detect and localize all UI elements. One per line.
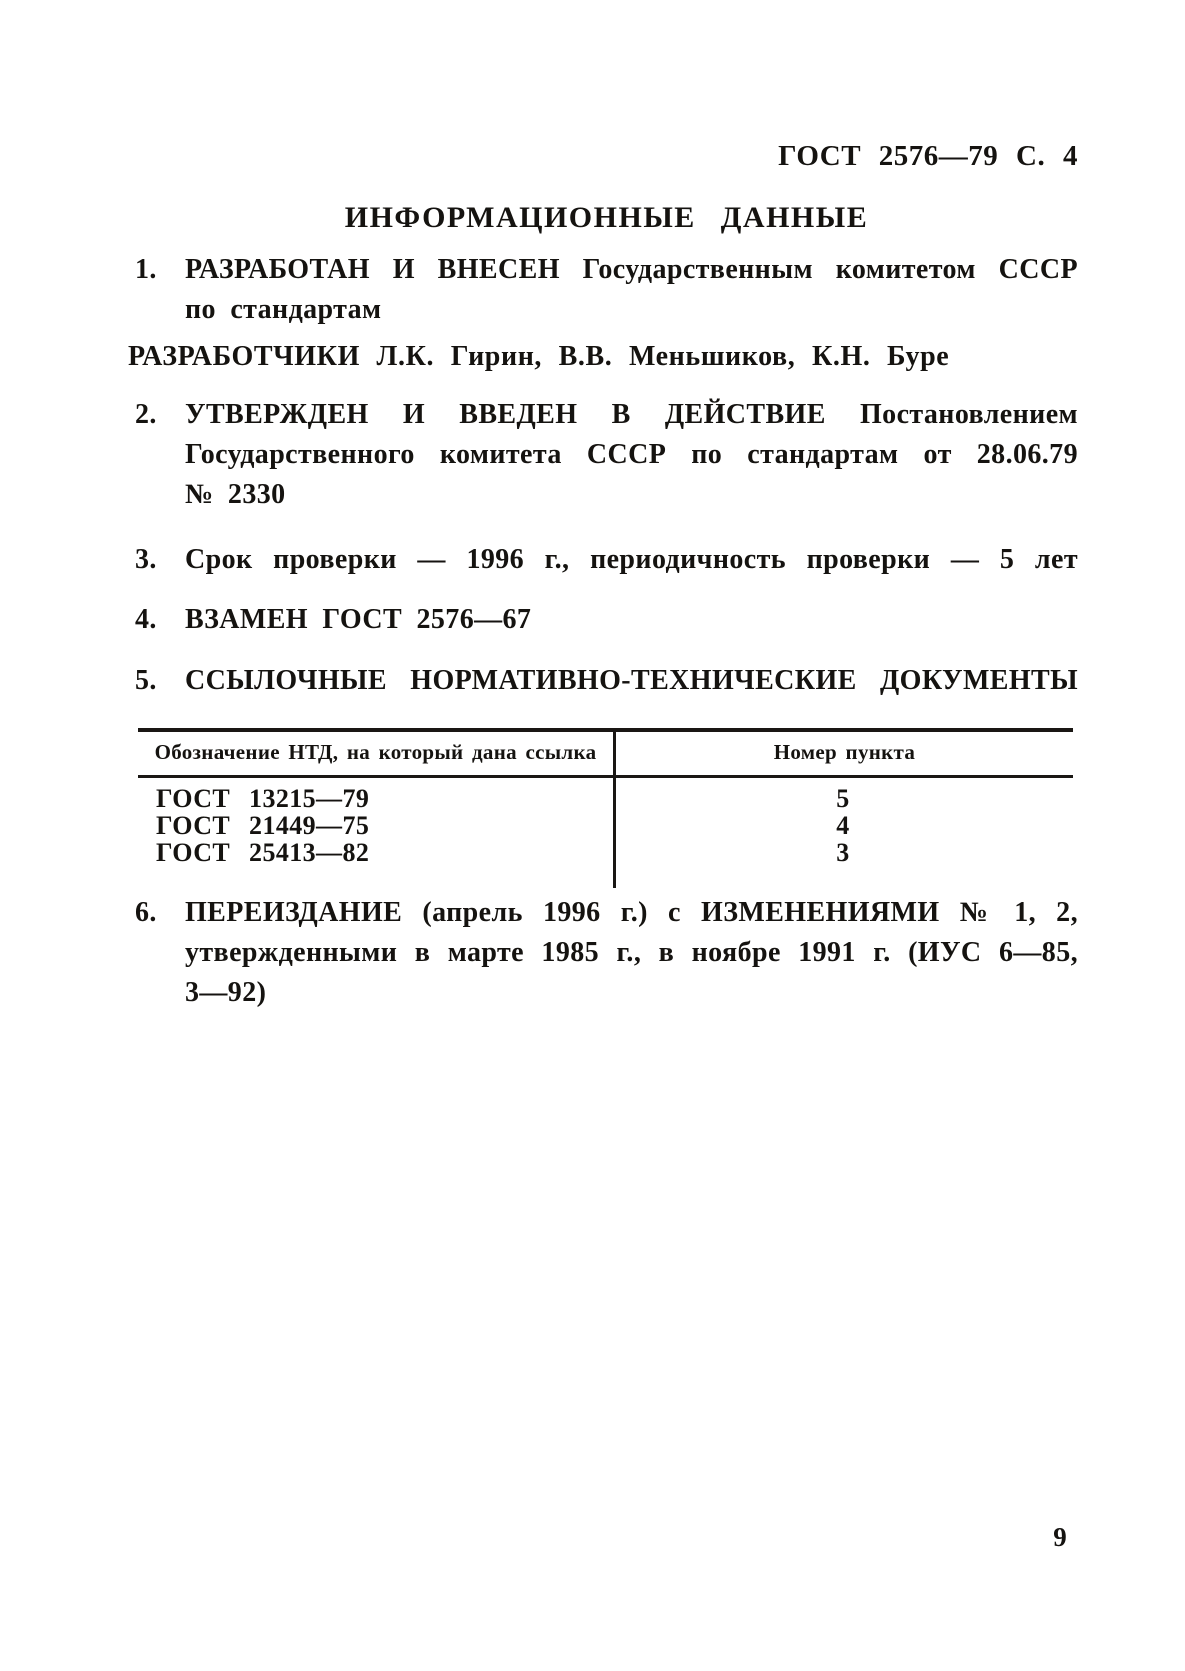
table-row: ГОСТ 13215—79 5 bbox=[138, 785, 1073, 812]
item-5: 5. ССЫЛОЧНЫЕ НОРМАТИВНО-ТЕХНИЧЕСКИЕ ДОКУ… bbox=[185, 661, 1078, 701]
item-2-line-3: № 2330 bbox=[185, 475, 1078, 515]
item-6-line-2: утвержденными в марте 1985 г., в ноябре … bbox=[185, 933, 1078, 973]
table-header-punkt: Номер пункта bbox=[616, 740, 1073, 764]
item-5-line-1: ССЫЛОЧНЫЕ НОРМАТИВНО-ТЕХНИЧЕСКИЕ ДОКУМЕН… bbox=[185, 661, 1078, 701]
item-6: 6. ПЕРЕИЗДАНИЕ (апрель 1996 г.) с ИЗМЕНЕ… bbox=[185, 893, 1078, 1013]
table-header-ntd: Обозначение НТД, на который дана ссылка bbox=[138, 740, 613, 764]
item-6-line-1: ПЕРЕИЗДАНИЕ (апрель 1996 г.) с ИЗМЕНЕНИЯ… bbox=[185, 893, 1078, 933]
page-number: 9 bbox=[1040, 1521, 1080, 1553]
item-1: 1. РАЗРАБОТАН И ВНЕСЕН Государственным к… bbox=[185, 250, 1078, 330]
table-body: ГОСТ 13215—79 5 ГОСТ 21449—75 4 ГОСТ 254… bbox=[138, 785, 1073, 866]
item-6-number: 6. bbox=[135, 893, 157, 933]
item-4-line-1: ВЗАМЕН ГОСТ 2576—67 bbox=[185, 600, 1078, 640]
item-1-number: 1. bbox=[135, 250, 157, 290]
item-6-line-3: 3—92) bbox=[185, 973, 1078, 1013]
item-1-line-1: РАЗРАБОТАН И ВНЕСЕН Государственным коми… bbox=[185, 250, 1078, 290]
table-cell-punkt: 4 bbox=[613, 812, 1073, 839]
ntd-reference-table: Обозначение НТД, на который дана ссылка … bbox=[138, 728, 1073, 896]
item-5-number: 5. bbox=[135, 661, 157, 701]
table-cell-ntd: ГОСТ 25413—82 bbox=[138, 839, 613, 866]
table-cell-ntd: ГОСТ 21449—75 bbox=[138, 812, 613, 839]
item-2-line-1: УТВЕРЖДЕН И ВВЕДЕН В ДЕЙСТВИЕ Постановле… bbox=[185, 395, 1078, 435]
item-2-line-2: Государственного комитета СССР по станда… bbox=[185, 435, 1078, 475]
item-2: 2. УТВЕРЖДЕН И ВВЕДЕН В ДЕЙСТВИЕ Постано… bbox=[185, 395, 1078, 515]
page-title: ИНФОРМАЦИОННЫЕ ДАННЫЕ bbox=[135, 201, 1078, 235]
table-header-separator bbox=[138, 775, 1073, 778]
running-header: ГОСТ 2576—79 С. 4 bbox=[135, 140, 1078, 172]
item-4-number: 4. bbox=[135, 600, 157, 640]
item-4: 4. ВЗАМЕН ГОСТ 2576—67 bbox=[185, 600, 1078, 640]
table-row: ГОСТ 21449—75 4 bbox=[138, 812, 1073, 839]
developers-line: РАЗРАБОТЧИКИ Л.К. Гирин, В.В. Меньшиков,… bbox=[128, 337, 1078, 377]
table-row: ГОСТ 25413—82 3 bbox=[138, 839, 1073, 866]
document-page: ГОСТ 2576—79 С. 4 ИНФОРМАЦИОННЫЕ ДАННЫЕ … bbox=[0, 0, 1185, 1671]
table-cell-punkt: 3 bbox=[613, 839, 1073, 866]
table-cell-punkt: 5 bbox=[613, 785, 1073, 812]
item-3: 3. Срок проверки — 1996 г., периодичност… bbox=[185, 540, 1078, 580]
table-cell-ntd: ГОСТ 13215—79 bbox=[138, 785, 613, 812]
item-3-line-1: Срок проверки — 1996 г., периодичность п… bbox=[185, 540, 1078, 580]
item-3-number: 3. bbox=[135, 540, 157, 580]
item-1-line-2: по стандартам bbox=[185, 290, 1078, 330]
item-2-number: 2. bbox=[135, 395, 157, 435]
table-top-border bbox=[138, 728, 1073, 732]
